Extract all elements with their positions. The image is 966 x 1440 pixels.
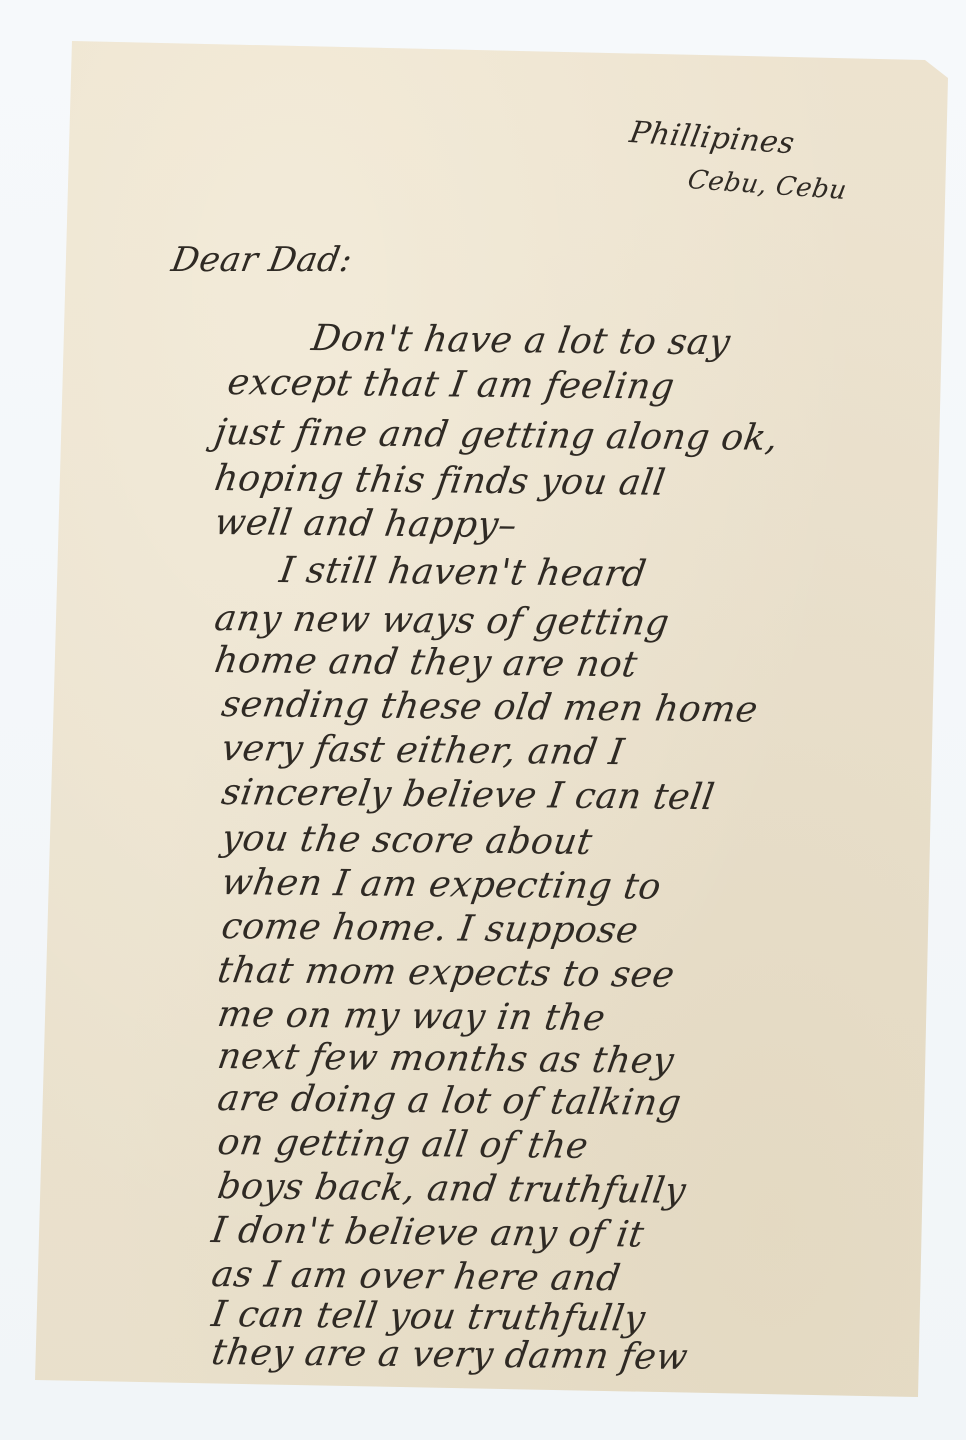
letter-line: just fine and getting along ok, [212, 412, 781, 459]
letter-line: next few months as they [215, 1036, 677, 1082]
letter-line: when I am expecting to [219, 862, 664, 908]
letter-line: home and they are not [212, 640, 640, 685]
letter-line: any new ways of getting [212, 598, 672, 644]
letter-line: Don't have a lot to say [309, 318, 733, 363]
letter-line: sincerely believe I can tell [219, 772, 717, 818]
letter-line: me on my way in the [215, 994, 608, 1039]
letter-line: you the score about [219, 818, 595, 863]
letter-line: I still haven't heard [277, 550, 649, 595]
letter-line: sending these old men home [219, 684, 761, 731]
letter-line: except that I am feeling [225, 362, 677, 408]
letter-line: are doing a lot of talking [215, 1078, 684, 1124]
letter-line: I don't believe any of it [209, 1210, 647, 1256]
salutation: Dear Dad: [168, 240, 355, 280]
letter-line: well and happy– [212, 502, 520, 546]
letter-line: very fast either, and I [219, 728, 627, 773]
letter-line: come home. I suppose [219, 906, 641, 951]
letter-line: on getting all of the [215, 1122, 591, 1167]
letter-line: as I am over here and [209, 1254, 623, 1299]
letter-line: that mom expects to see [215, 950, 678, 996]
letter-line: boys back, and truthfully [215, 1166, 689, 1212]
letter-line: hoping this finds you all [212, 458, 668, 504]
